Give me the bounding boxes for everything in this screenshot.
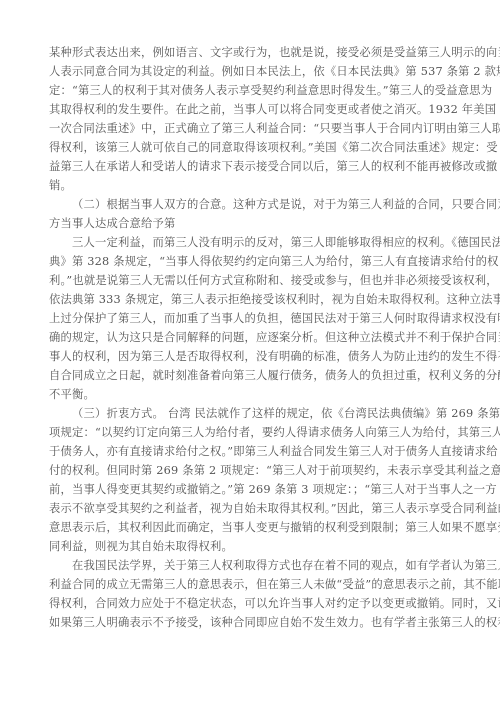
text-line: 其取得权利的发生要件。在此之前，当事人可以将合同变更或者使之消灭。1932 年美… (49, 100, 453, 119)
text-line: 事人的权利，因为第三人是否取得权利，没有明确的标准，债务人为防止违约的发生不得不 (49, 347, 453, 366)
paragraph: 三人一定利益，而第三人没有明示的反对，第三人即能够取得相应的权利。《德国民法 典… (49, 233, 453, 404)
text-line: 上过分保护了第三人，而加重了当事人的负担，德国民法对于第三人何时取得请求权没有明 (49, 309, 453, 328)
text-line: 前，当事人得变更其契约或撤销之。”第 269 条第 3 项规定：；“第三人对于当… (49, 480, 453, 499)
text-line: 一次合同法重述》中，正式确立了第三人利益合同：“只要当事人于合同内订明由第三人取 (49, 119, 453, 138)
text-line: （三）折衷方式。 台湾 民法就作了这样的规定，依《台湾民法典债编》第 269 条… (49, 404, 453, 423)
text-line: 同利益，则视为其自始未取得权利。 (49, 537, 453, 556)
text-line: 得权利，该第三人就可依自己的同意取得该项权利。”美国《第二次合同法重述》规定：受 (49, 138, 453, 157)
paragraph: （二）根据当事人双方的合意。这种方式是说，对于为第三人利益的合同，只要合同双 方… (49, 195, 453, 233)
text-line: 不平衡。 (49, 385, 453, 404)
text-line: 在我国民法学界，关于第三人权利取得方式也存在着不同的观点，如有学者认为第三人 (49, 556, 453, 575)
document-page: 某种形式表达出来，例如语言、文字或行为，也就是说，接受必须是受益第三人明示的向当… (49, 43, 453, 632)
text-line: 三人一定利益，而第三人没有明示的反对，第三人即能够取得相应的权利。《德国民法 (49, 233, 453, 252)
text-line: 销。 (49, 176, 453, 195)
paragraph: 某种形式表达出来，例如语言、文字或行为，也就是说，接受必须是受益第三人明示的向当… (49, 43, 453, 195)
text-line: 典》第 328 条规定，“当事人得依契约约定向第三人为给付，第三人有直接请求给付… (49, 252, 453, 271)
text-line: 方当事人达成合意给予第 (49, 214, 453, 233)
paragraph: （三）折衷方式。 台湾 民法就作了这样的规定，依《台湾民法典债编》第 269 条… (49, 404, 453, 556)
text-line: （二）根据当事人双方的合意。这种方式是说，对于为第三人利益的合同，只要合同双 (49, 195, 453, 214)
text-line: 表示不欲享受其契约之利益者，视为自始未取得其权利。”因此，第三人表示享受合同利益… (49, 499, 453, 518)
text-line: 意思表示后，其权利因此而确定，当事人变更与撤销的权利受到限制；第三人如果不愿享受… (49, 518, 453, 537)
text-line: 如果第三人明确表示不予接受，该种合同即应自始不发生效力。也有学者主张第三人的权利 (49, 613, 453, 632)
text-line: 益第三人在承诺人和受诺人的请求下表示接受合同以后，第三人的权利不能再被修改或撤 (49, 157, 453, 176)
text-line: 得权利，合同效力应处于不稳定状态，可以允许当事人对约定予以变更或撤销。同时，又认… (49, 594, 453, 613)
text-line: 某种形式表达出来，例如语言、文字或行为，也就是说，接受必须是受益第三人明示的向当… (49, 43, 453, 62)
text-line: 利益合同的成立无需第三人的意思表示，但在第三人未做“受益”的意思表示之前，其不能… (49, 575, 453, 594)
text-line: 于债务人，亦有直接请求给付之权。”即第三人利益合同发生第三人对于债务人直接请求给 (49, 442, 453, 461)
text-line: 利。”也就是说第三人无需以任何方式宣称附和、接受或参与，但也并非必须接受该权利， (49, 271, 453, 290)
text-line: 依法典第 333 条规定，第三人表示拒绝接受该权利时，视为自始未取得权利。这种立… (49, 290, 453, 309)
text-line: 自合同成立之日起，就时刻准备着向第三人履行债务，债务人的负担过重，权利义务的分配 (49, 366, 453, 385)
text-line: 付的权利。但同时第 269 条第 2 项规定：“第三人对于前项契约，未表示享受其… (49, 461, 453, 480)
text-line: 确的规定，认为这只是合同解释的问题，应逐案分析。但这种立法模式并不利于保护合同当 (49, 328, 453, 347)
text-line: 人表示同意合同为其设定的利益。例如日本民法上，依《日本民法典》第 537 条第 … (49, 62, 453, 81)
paragraph: 在我国民法学界，关于第三人权利取得方式也存在着不同的观点，如有学者认为第三人 利… (49, 556, 453, 632)
text-line: 定：“第三人的权利于其对债务人表示享受契约利益意思时得发生。”第三人的受益意思为 (49, 81, 453, 100)
text-line: 项规定：“以契约订定向第三人为给付者，要约人得请求债务人向第三人为给付，其第三人… (49, 423, 453, 442)
